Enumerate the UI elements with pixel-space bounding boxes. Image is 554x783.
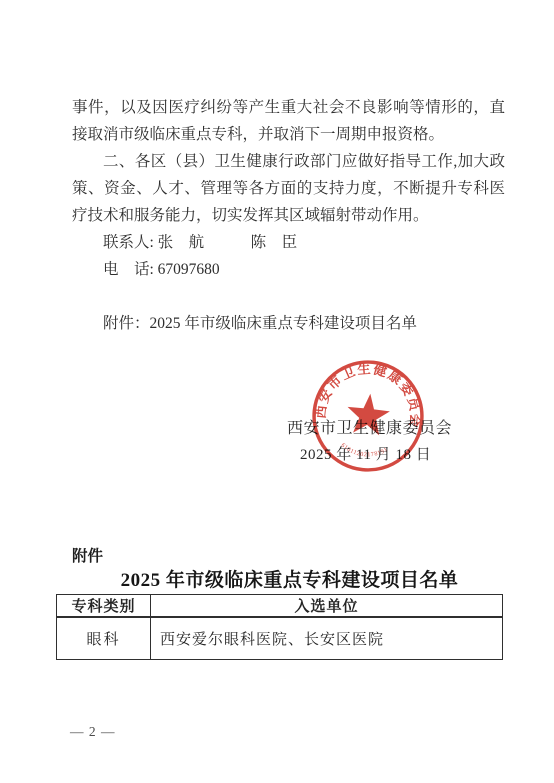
project-list-table: 专科类别 入选单位 眼科 西安爱尔眼科医院、长安区医院 <box>56 594 503 660</box>
paragraph-item-two: 二、各区（县）卫生健康行政部门应做好指导工作,加大政策、资金、人才、管理等各方面… <box>72 148 505 229</box>
table-header-row: 专科类别 入选单位 <box>57 595 503 618</box>
table-row: 眼科 西安爱尔眼科医院、长安区医院 <box>57 617 503 660</box>
body-text: 事件，以及因医疗纠纷等产生重大社会不良影响等情形的，直接取消市级临床重点专科，并… <box>72 94 505 337</box>
cell-specialty-category: 眼科 <box>57 617 151 660</box>
document-page: 事件，以及因医疗纠纷等产生重大社会不良影响等情形的，直接取消市级临床重点专科，并… <box>0 0 554 783</box>
attachment-table-title: 2025 年市级临床重点专科建设项目名单 <box>66 565 513 592</box>
header-specialty-category: 专科类别 <box>57 595 151 618</box>
cell-selected-units: 西安爱尔眼科医院、长安区医院 <box>151 617 503 660</box>
svg-text:61011202178191: 61011202178191 <box>339 442 390 461</box>
seal-serial-text: 61011202178191 <box>339 442 390 461</box>
contact-person-line: 联系人: 张 航 陈 臣 <box>72 229 505 256</box>
paragraph-continuation: 事件，以及因医疗纠纷等产生重大社会不良影响等情形的，直接取消市级临床重点专科，并… <box>72 94 505 148</box>
contact-phone-line: 电 话: 67097680 <box>72 256 505 283</box>
official-seal-icon: 西安市卫生健康委员会 61011202178191 <box>310 358 426 474</box>
attachment-reference-line: 附件：2025 年市级临床重点专科建设项目名单 <box>72 310 505 337</box>
attachment-label: 附件 <box>72 544 103 566</box>
page-number: — 2 — <box>70 724 116 740</box>
seal-star-icon <box>345 392 392 437</box>
header-selected-units: 入选单位 <box>151 595 503 618</box>
